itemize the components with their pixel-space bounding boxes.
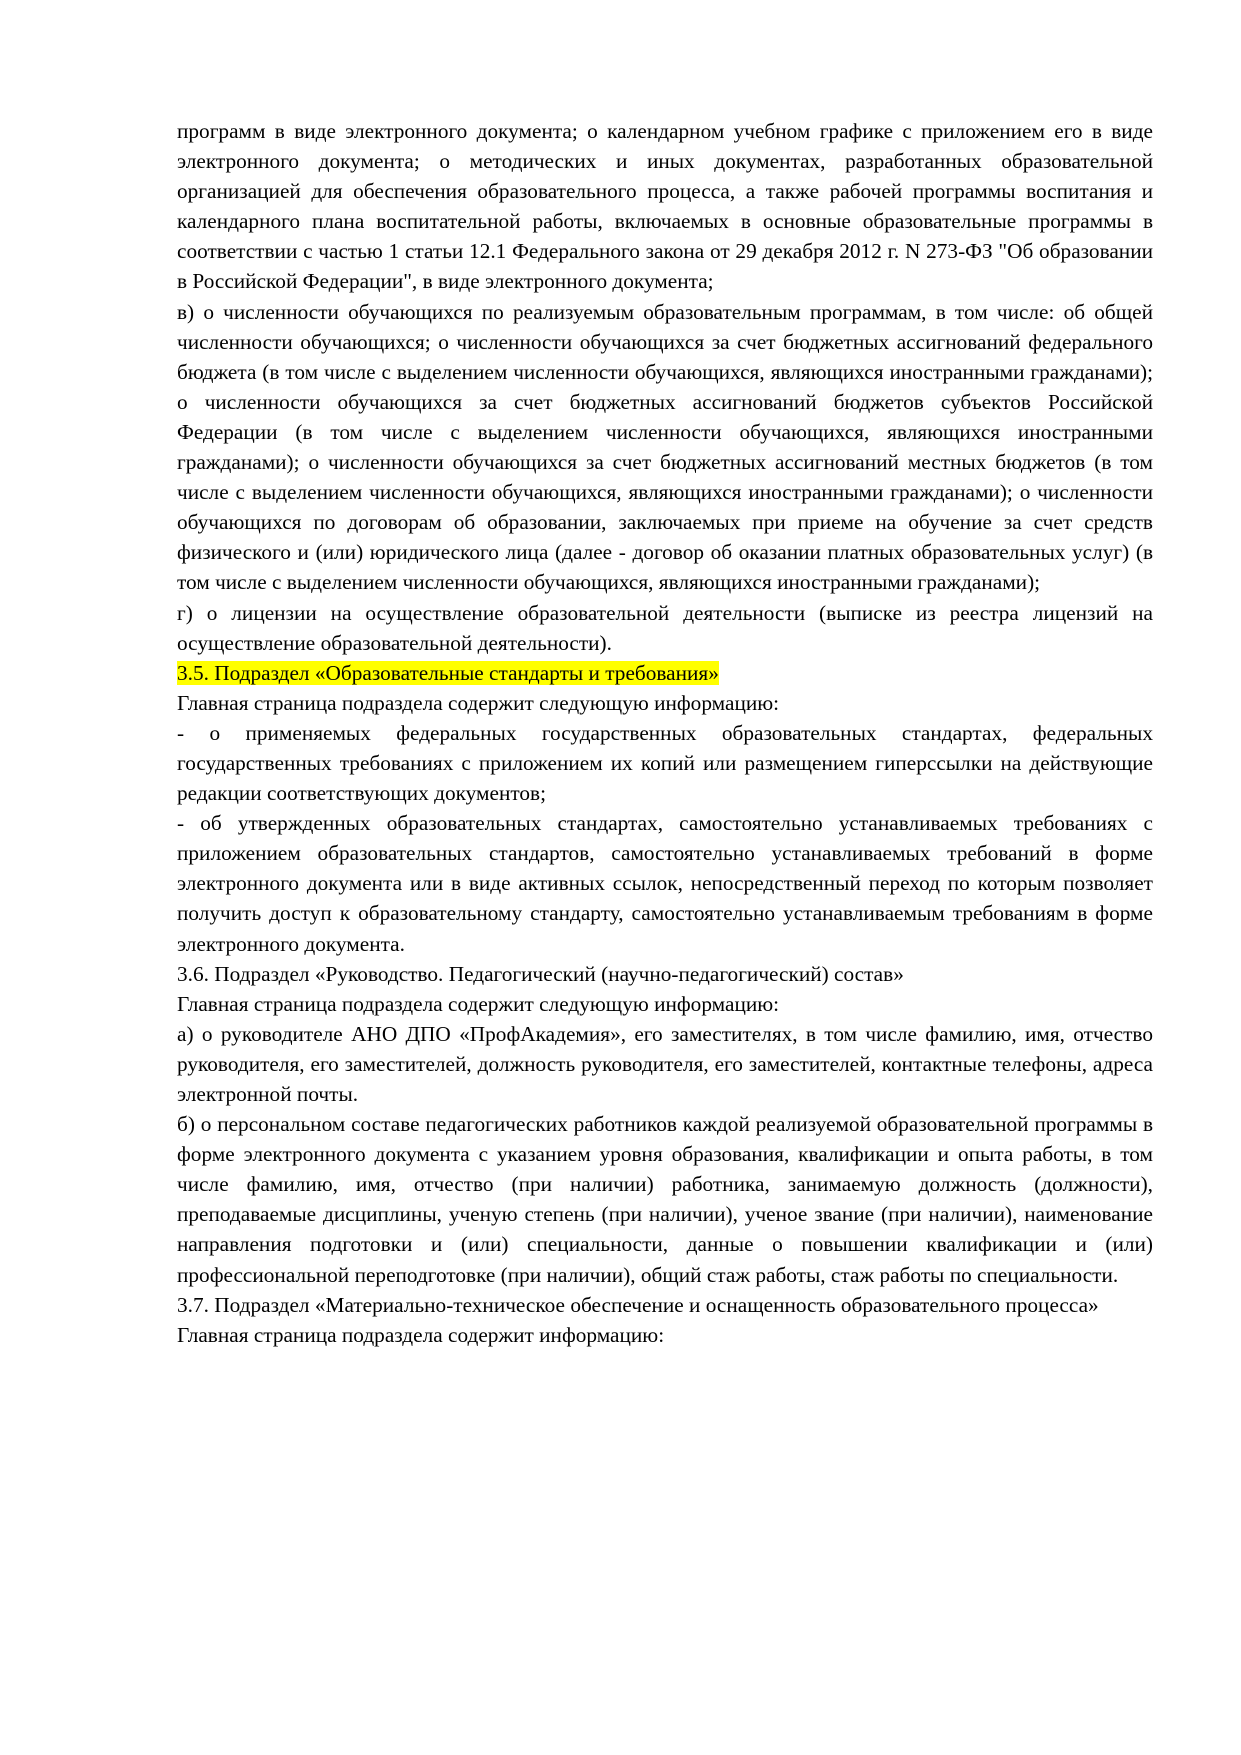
highlighted-heading-text: 3.5. Подраздел «Образовательные стандарт… bbox=[177, 661, 719, 685]
paragraph-intro-3-5: Главная страница подраздела содержит сле… bbox=[177, 688, 1153, 718]
paragraph-license: г) о лицензии на осуществление образоват… bbox=[177, 598, 1153, 658]
section-heading-3-6: 3.6. Подраздел «Руководство. Педагогичес… bbox=[177, 959, 1153, 989]
paragraph-federal-standards: - о применяемых федеральных государствен… bbox=[177, 718, 1153, 808]
section-heading-3-7: 3.7. Подраздел «Материально-техническое … bbox=[177, 1290, 1153, 1320]
paragraph-programs-documents: программ в виде электронного документа; … bbox=[177, 116, 1153, 297]
paragraph-teaching-staff: б) о персональном составе педагогических… bbox=[177, 1109, 1153, 1290]
document-page: программ в виде электронного документа; … bbox=[177, 116, 1153, 1350]
section-heading-3-5: 3.5. Подраздел «Образовательные стандарт… bbox=[177, 658, 1153, 688]
paragraph-approved-standards: - об утвержденных образовательных станда… bbox=[177, 808, 1153, 958]
paragraph-management: а) о руководителе АНО ДПО «ПрофАкадемия»… bbox=[177, 1019, 1153, 1109]
paragraph-student-numbers: в) о численности обучающихся по реализуе… bbox=[177, 297, 1153, 598]
paragraph-intro-3-7: Главная страница подраздела содержит инф… bbox=[177, 1320, 1153, 1350]
paragraph-intro-3-6: Главная страница подраздела содержит сле… bbox=[177, 989, 1153, 1019]
